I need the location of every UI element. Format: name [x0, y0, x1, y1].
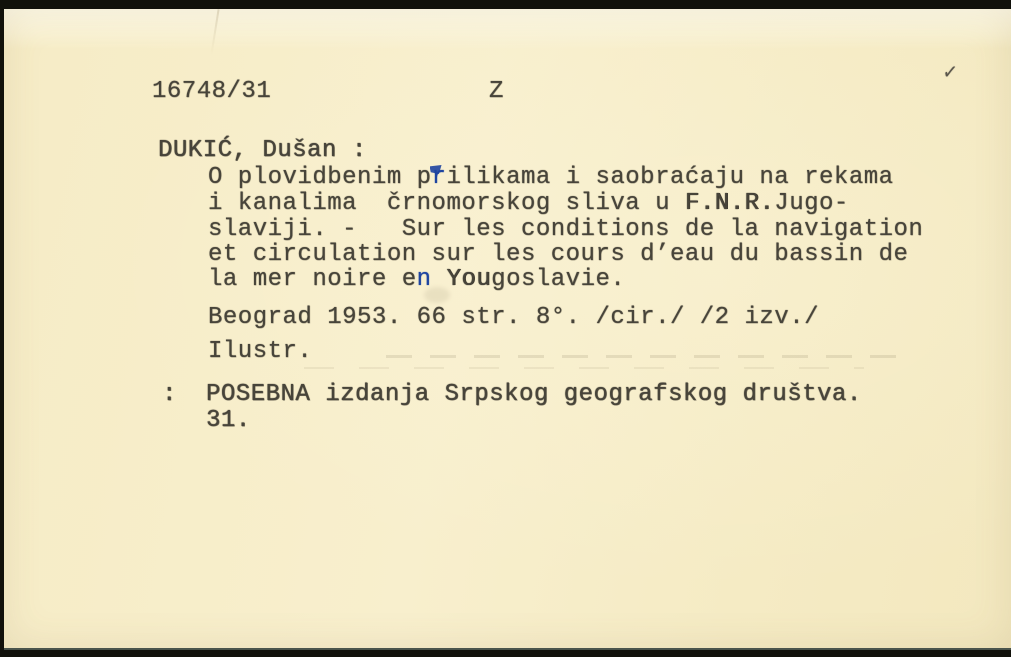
paper-crease — [210, 9, 219, 55]
title-line: i kanalima črnomorskog sliva u F.N.R.Jug… — [208, 190, 849, 217]
classification-letter: Z — [489, 78, 504, 105]
title-line: O plovidbenim prilikama i saobraćaju na … — [208, 164, 894, 191]
title-text: slaviji. - Sur les conditions de la navi… — [208, 216, 923, 243]
title-text: O plovidbenim p — [208, 164, 432, 191]
series-number: 31. — [206, 407, 251, 434]
series-title: POSEBNA izdanja Srpskog geografskog druš… — [206, 381, 862, 408]
title-text: i kanalima črnomorskog sliva u — [208, 190, 685, 217]
title-text — [432, 266, 447, 293]
title-line: et circulation sur les cours d’eau du ba… — [208, 241, 908, 268]
title-text: la mer noire e — [208, 266, 417, 293]
scanned-catalog-card-page: 16748/31 Z DUKIĆ, Dušan : O plovidbenim … — [0, 0, 1011, 657]
call-number: 16748/31 — [152, 78, 271, 105]
catalog-card: 16748/31 Z DUKIĆ, Dušan : O plovidbenim … — [4, 9, 1011, 650]
title-text: Jugo- — [774, 190, 849, 217]
blue-ink-correction: r — [432, 164, 447, 191]
illustration-note: Ilustr. — [208, 338, 312, 365]
imprint-line: Beograd 1953. 66 str. 8°. /cir./ /2 izv.… — [208, 304, 819, 331]
title-text: ilikama i saobraćaju na rekama — [446, 164, 893, 191]
title-line: la mer noire en Yougoslavie. — [208, 266, 625, 293]
faded-erased-text-smudge — [304, 367, 864, 369]
checkmark-icon: ✓ — [942, 57, 957, 88]
faded-erased-text-smudge — [386, 355, 906, 358]
title-line: slaviji. - Sur les conditions de la navi… — [208, 216, 923, 243]
series-marker: : — [162, 381, 177, 408]
title-text-bold: F.N.R. — [685, 190, 774, 217]
author-heading: DUKIĆ, Dušan : — [158, 137, 367, 164]
title-text: et circulation sur les cours d’eau du ba… — [208, 241, 908, 268]
title-text: goslavie. — [491, 266, 625, 293]
title-text-bold: You — [446, 266, 491, 293]
blue-ink-correction: n — [417, 266, 432, 293]
